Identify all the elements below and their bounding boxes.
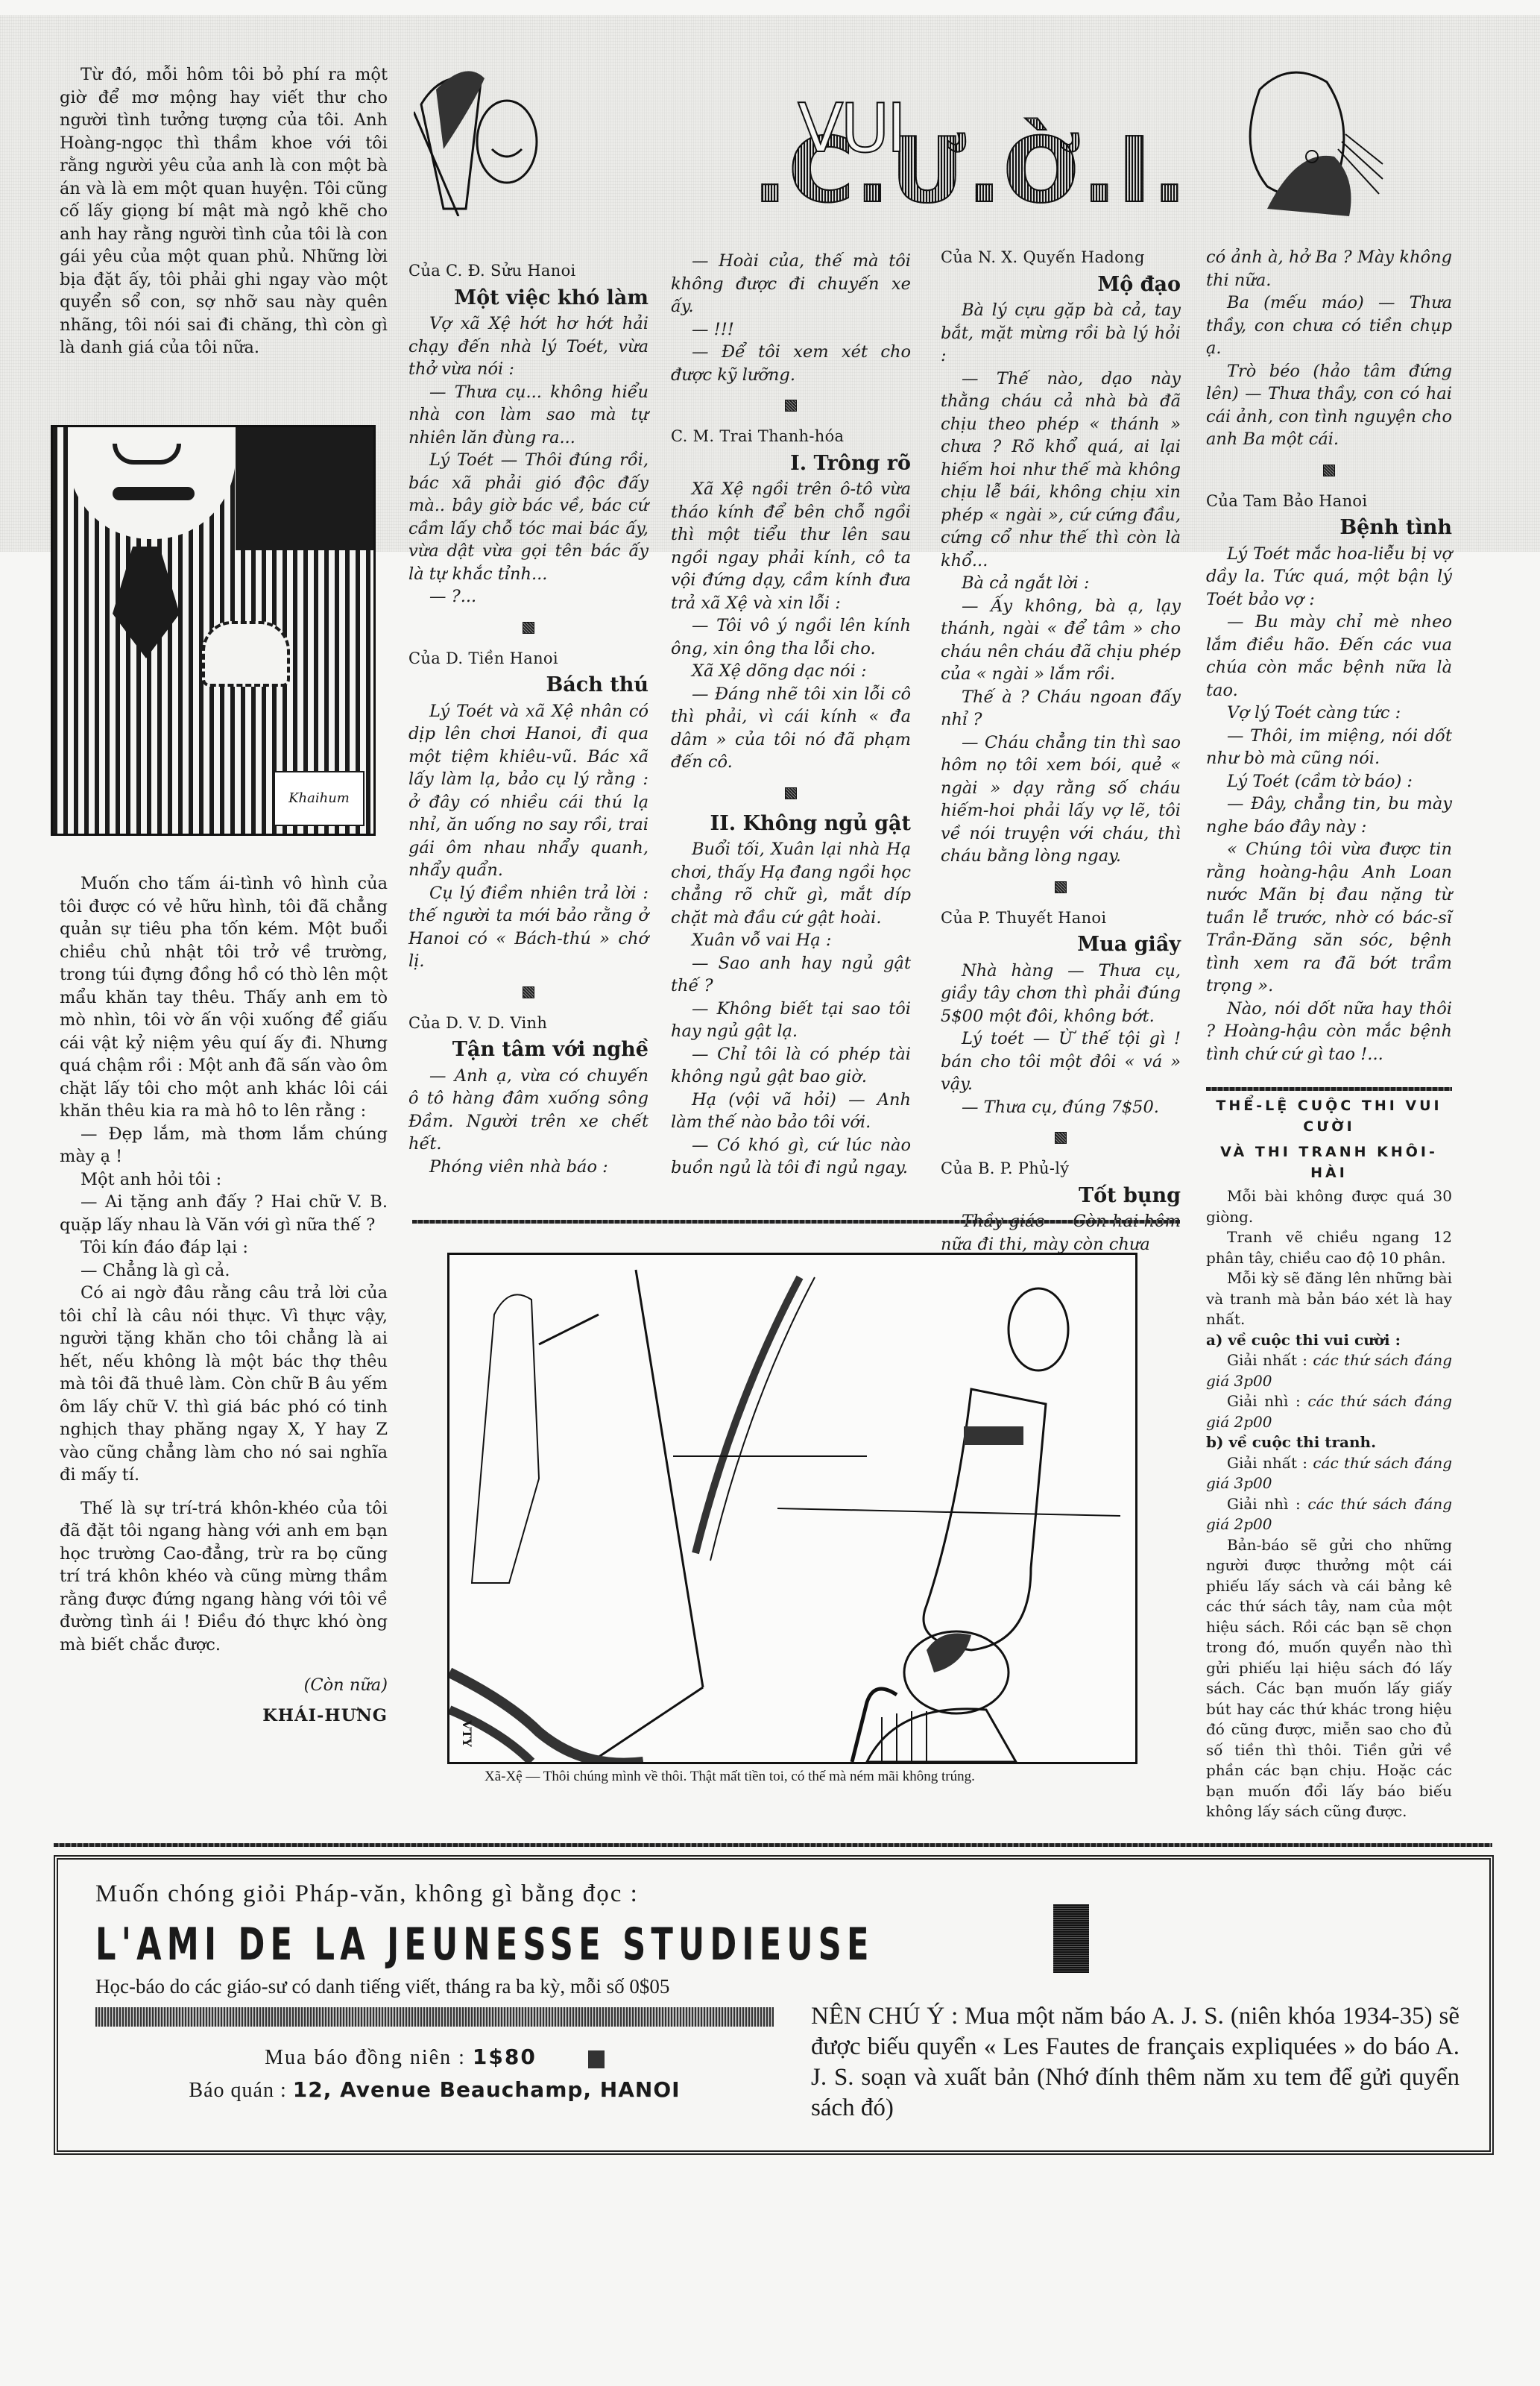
woodcut-kerchief [202,621,290,687]
ad-description: Học-báo do các giáo-sư có danh tiếng viế… [81,1975,789,1998]
joke-paragraph: Lý Toét — Thôi đúng rồi, bác xã phải gió… [408,449,648,585]
joke-title: Một việc khó làm [408,287,648,310]
prize-line: Giải nhì : các thứ sách đáng giá 2p00 [1206,1494,1452,1535]
divider-rule [412,1220,1180,1224]
story-paragraph: — Chẳng là gì cả. [60,1259,388,1282]
ad-address-value: 12, Avenue Beauchamp, HANOI [293,2077,681,2102]
joke-paragraph: — Có khó gì, cứ lúc nào buồn ngủ là tôi … [671,1134,911,1180]
woodcut-mouth [113,487,195,500]
advertisement-notice: NÊN CHÚ Ý : Mua một năm báo A. J. S. (ni… [789,1860,1474,2150]
joke-paragraph: — Anh ạ, vừa có chuyến ô tô hàng đâm xuố… [408,1065,648,1156]
joke-paragraph: Lý Toét và xã Xệ nhân có dịp lên chơi Ha… [408,700,648,882]
joke-paragraph: — !!! [671,318,911,341]
joke-paragraph: Hạ (vội vã hỏi) — Anh làm thế nào bảo tô… [671,1089,911,1134]
contest-closing: Bản-báo sẽ gửi cho những người được thưở… [1206,1535,1452,1822]
joke-paragraph: — Chỉ tôi là có phép tài không ngủ gật b… [671,1043,911,1089]
advertisement-box: Muốn chóng giỏi Pháp-văn, không gì bằng … [54,1855,1494,2155]
contest-section-a: a) về cuộc thi vui cười : [1206,1330,1452,1351]
joke-paragraph: Cụ lý điềm nhiên trả lời : thế người ta … [408,882,648,973]
joke-paragraph: — Thôi, im miệng, nói dốt như bò mà cũng… [1206,725,1452,770]
ornament-block-icon [1053,1904,1089,1973]
byline: Của N. X. Quyến Hadong [941,246,1181,269]
woodcut-nose [113,444,181,465]
illustrator-signature: Khaihum [274,771,365,826]
joke-title: Tốt bụng [941,1185,1181,1208]
title-outline-text: VUI [798,89,903,168]
joke-paragraph: Ba (mếu máo) — Thưa thầy, con chưa có ti… [1206,292,1452,360]
separator-ornament [785,400,797,412]
joke-paragraph: Bà lý cựu gặp bà cả, tay bắt, mặt mừng r… [941,299,1181,368]
joke-paragraph: Phóng viên nhà báo : [408,1156,648,1179]
story-paragraph: Một anh hỏi tôi : [60,1168,388,1192]
joke-paragraph: Thế à ? Cháu ngoan đấy nhỉ ? [941,686,1181,731]
cartoon-illustration: VTY [447,1253,1137,1764]
ad-subscription: Mua báo đồng niên : 1$80 [81,2045,789,2070]
byline: Của C. Đ. Sửu Hanoi [408,259,648,283]
joke-paragraph: — Cháu chẳng tin thì sao hôm nọ tôi xem … [941,731,1181,868]
author-signature: KHÁI-HƯNG [60,1704,388,1728]
header-cartoon-left [414,60,563,216]
joke-paragraph: — Thưa cụ, đúng 7$50. [941,1096,1181,1119]
jokes-column-4: Của N. X. Quyến Hadong Mộ đạo Bà lý cựu … [941,246,1181,1256]
joke-paragraph: — Thế nào, dạo này thằng cháu cả nhà bà … [941,368,1181,573]
joke-paragraph: Thầy giáo — Còn hai hôm nữa đi thi, mày … [941,1210,1181,1256]
prize-label: Giải nhì : [1227,1392,1301,1410]
continued-note: (Còn nữa) [60,1674,388,1697]
contest-title-line2: VÀ THI TRANH KHÔI-HÀI [1206,1142,1452,1183]
ad-hatched-bar [95,2007,774,2027]
joke-paragraph: có ảnh à, hở Ba ? Mày không thi nữa. [1206,246,1452,292]
joke-paragraph: — Sao anh hay ngủ gật thế ? [671,952,911,998]
byline: Của D. Tiền Hanoi [408,647,648,670]
joke-paragraph: Lý Toét mắc hoa-liễu bị vợ dầy la. Tức q… [1206,543,1452,611]
separator-ornament [523,986,534,998]
story-paragraph: — Đẹp lắm, mà thơm lắm chúng mày ạ ! [60,1123,388,1168]
woodcut-shadow [236,427,376,550]
joke-title: II. Không ngủ gật [671,813,911,836]
separator-ornament [1323,465,1335,476]
joke-paragraph: — Bu mày chỉ mè nheo lắm điều hão. Đến c… [1206,611,1452,702]
contest-section-b: b) về cuộc thi tranh. [1206,1432,1452,1453]
ad-subscription-price: 1$80 [473,2045,537,2069]
joke-paragraph: Lý Toét (cầm tờ báo) : [1206,770,1452,793]
byline: Của P. Thuyết Hanoi [941,907,1181,930]
joke-title: Mộ đạo [941,274,1181,297]
serial-story-top: Từ đó, mỗi hôm tôi bỏ phí ra một giờ để … [60,63,388,359]
advertisement-main: Muốn chóng giỏi Pháp-văn, không gì bằng … [81,1880,789,2103]
joke-paragraph: — Tôi vô ý ngồi lên kính ông, xin ông th… [671,614,911,660]
contest-rule: Mỗi bài không được quá 30 giòng. [1206,1186,1452,1227]
joke-title: Mua giầy [941,934,1181,957]
joke-paragraph: Trò béo (hảo tâm đứng lên) — Thưa thầy, … [1206,360,1452,451]
joke-paragraph: Nào, nói dốt nữa hay thôi ? Hoàng-hậu cò… [1206,998,1452,1066]
cartoonist-signature: VTY [460,1720,473,1747]
jokes-column-3: — Hoài của, thế mà tôi không được đi chu… [671,250,911,1180]
ad-lead: Muốn chóng giỏi Pháp-văn, không gì bằng … [81,1880,789,1908]
joke-paragraph: — Đây, chẳng tin, bu mày nghe báo đây nà… [1206,793,1452,838]
contest-title-line1: THỂ-LỆ CUỘC THI VUI CƯỜI [1206,1095,1452,1137]
ornament-square-icon [588,2050,605,2068]
ad-address: Báo quán : 12, Avenue Beauchamp, HANOI [81,2077,789,2103]
joke-paragraph: — Hoài của, thế mà tôi không được đi chu… [671,250,911,318]
jokes-column-5: có ảnh à, hở Ba ? Mày không thi nữa. Ba … [1206,246,1452,1065]
contest-rules-box: THỂ-LỆ CUỘC THI VUI CƯỜI VÀ THI TRANH KH… [1206,1087,1452,1822]
byline: Của B. P. Phủ-lý [941,1157,1181,1180]
joke-title: Bách thú [408,674,648,697]
separator-ornament [1055,1132,1067,1144]
joke-paragraph: « Chúng tôi vừa được tin rằng hoàng-hậu … [1206,838,1452,998]
story-paragraph: — Ai tặng anh đấy ? Hai chữ V. B. quặp l… [60,1191,388,1236]
separator-ornament [785,787,797,799]
joke-paragraph: — Để tôi xem xét cho được kỹ lưỡng. [671,341,911,386]
cartoon-caption: Xã-Xệ — Thôi chúng mình về thôi. Thật mấ… [485,1766,1140,1788]
story-paragraph: Thế là sự trí-trá khôn-khéo của tôi đã đ… [60,1497,388,1657]
header-cartoon-right [1208,60,1386,216]
joke-paragraph: Bà cả ngắt lời : [941,572,1181,595]
section-title-vui-cuoi: .C.Ư.Ờ.I. VUI [753,89,1073,224]
joke-paragraph: — Không biết tại sao tôi hay ngủ gật lạ. [671,998,911,1043]
byline: Của Tam Bảo Hanoi [1206,490,1452,513]
divider-rule [54,1843,1492,1847]
serial-story-bottom: Muốn cho tấm ái-tình vô hình của tôi đượ… [60,872,388,1727]
byline: C. M. Trai Thanh-hóa [671,425,911,448]
byline: Của D. V. D. Vinh [408,1012,648,1035]
story-paragraph: Tôi kín đáo đáp lại : [60,1236,388,1259]
joke-paragraph: Xã Xệ ngồi trên ô-tô vừa tháo kính để bê… [671,478,911,614]
story-paragraph: Có ai ngờ đâu rằng câu trả lời của tôi c… [60,1282,388,1487]
woodcut-illustration: Khaihum [51,425,376,836]
contest-rule: Tranh vẽ chiều ngang 12 phân tây, chiều … [1206,1227,1452,1268]
joke-paragraph: Nhà hàng — Thưa cụ, giầy tây chơn thì ph… [941,960,1181,1028]
prize-label: Giải nhất : [1227,1454,1307,1472]
joke-paragraph: — Đáng nhẽ tôi xin lỗi cô thì phải, vì c… [671,683,911,774]
joke-paragraph: Xuân vỗ vai Hạ : [671,929,911,952]
separator-ornament [1055,881,1067,893]
joke-paragraph: Buổi tối, Xuân lại nhà Hạ chơi, thấy Hạ … [671,838,911,929]
ad-notice-text: NÊN CHÚ Ý : Mua một năm báo A. J. S. (ni… [811,2001,1459,2124]
jokes-column-2: Của C. Đ. Sửu Hanoi Một việc khó làm Vợ … [408,246,648,1178]
contest-rule: Mỗi kỳ sẽ đăng lên những bài và tranh mà… [1206,1268,1452,1330]
joke-title: Bệnh tình [1206,517,1452,540]
ad-address-label: Báo quán : [189,2079,286,2102]
page-top-margin [0,0,1540,15]
prize-line: Giải nhất : các thứ sách đáng giá 3p00 [1206,1350,1452,1391]
divider-rule [1206,1087,1452,1091]
prize-line: Giải nhất : các thứ sách đáng giá 3p00 [1206,1453,1452,1494]
joke-paragraph: Lý toét — Ừ thế tội gì ! bán cho tôi một… [941,1027,1181,1096]
story-paragraph: Từ đó, mỗi hôm tôi bỏ phí ra một giờ để … [60,63,388,359]
story-paragraph: Muốn cho tấm ái-tình vô hình của tôi đượ… [60,872,388,1123]
ad-subscription-label: Mua báo đồng niên : [265,2046,466,2069]
prize-label: Giải nhì : [1227,1495,1301,1513]
joke-paragraph: Xã Xệ dõng dạc nói : [671,660,911,683]
prize-label: Giải nhất : [1227,1351,1307,1369]
ad-publication-name: L'AMI DE LA JEUNESSE STUDIEUSE [95,1918,595,1971]
joke-paragraph: — ?... [408,585,648,608]
joke-paragraph: — Ấy không, bà ạ, lạy thánh, ngài « để t… [941,595,1181,686]
joke-paragraph: Vợ lý Toét càng tức : [1206,702,1452,725]
separator-ornament [523,622,534,634]
prize-line: Giải nhì : các thứ sách đáng giá 2p00 [1206,1391,1452,1432]
joke-title: I. Trông rõ [671,453,911,476]
woodcut-tie [113,547,180,658]
joke-title: Tận tâm với nghề [408,1039,648,1062]
joke-paragraph: — Thưa cụ... không hiểu nhà con làm sao … [408,381,648,450]
joke-paragraph: Vợ xã Xệ hớt hơ hớt hải chạy đến nhà lý … [408,312,648,381]
